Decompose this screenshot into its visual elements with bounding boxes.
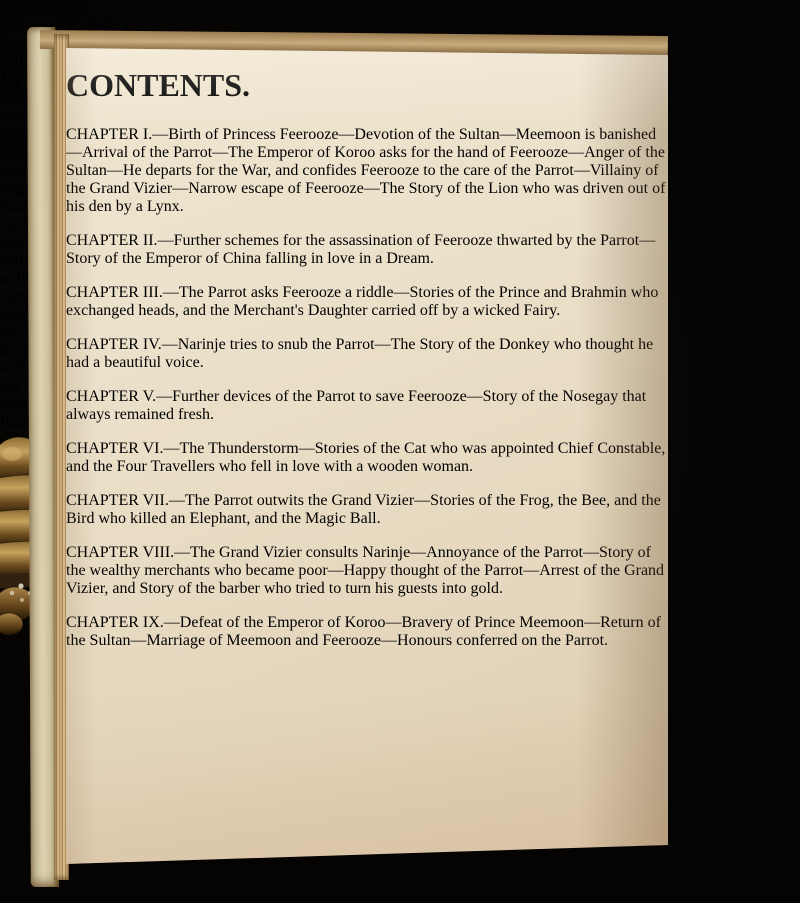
- right-page-text-line: The twelve st: [0, 0, 800, 18]
- chapter-label: CHAPTER VIII.: [66, 544, 174, 561]
- chapter-label: CHAPTER VI.: [66, 440, 164, 457]
- chapter-entry: CHAPTER VIII.—The Grand Vizier consults …: [66, 544, 668, 598]
- chapter-entry: CHAPTER VI.—The Thunderstorm—Stories of …: [66, 440, 668, 476]
- chapter-label: CHAPTER III.: [66, 284, 163, 301]
- chapter-entry: CHAPTER V.—Further devices of the Parrot…: [66, 388, 668, 424]
- chapter-entry: CHAPTER II.—Further schemes for the assa…: [66, 232, 668, 268]
- chapter-label: CHAPTER I.: [66, 126, 152, 143]
- chapter-label: CHAPTER IX.: [66, 614, 164, 631]
- chapter-label: CHAPTER IV.: [66, 336, 162, 353]
- chapter-entry: CHAPTER I.—Birth of Princess Feerooze—De…: [66, 126, 668, 216]
- chapter-entry: CHAPTER IX.—Defeat of the Emperor of Kor…: [66, 614, 668, 650]
- chapter-label: CHAPTER II.: [66, 232, 158, 249]
- contents-title: CONTENTS.: [66, 67, 668, 104]
- chapter-entry: CHAPTER IV.—Narinje tries to snub the Pa…: [66, 336, 668, 372]
- chapter-entry: CHAPTER III.—The Parrot asks Feerooze a …: [66, 284, 668, 320]
- left-page: CONTENTS. CHAPTER I.—Birth of Princess F…: [66, 46, 668, 866]
- chapter-entry: CHAPTER VII.—The Parrot outwits the Gran…: [66, 492, 668, 528]
- chapter-label: CHAPTER V.: [66, 388, 156, 405]
- book-gutter: [654, 48, 674, 854]
- open-book-photo: CONTENTS. CHAPTER I.—Birth of Princess F…: [0, 0, 800, 903]
- chapter-label: CHAPTER VII.: [66, 492, 169, 509]
- chapter-text: —Birth of Princess Feerooze—Devotion of …: [66, 126, 665, 215]
- chapter-list: CHAPTER I.—Birth of Princess Feerooze—De…: [66, 126, 668, 650]
